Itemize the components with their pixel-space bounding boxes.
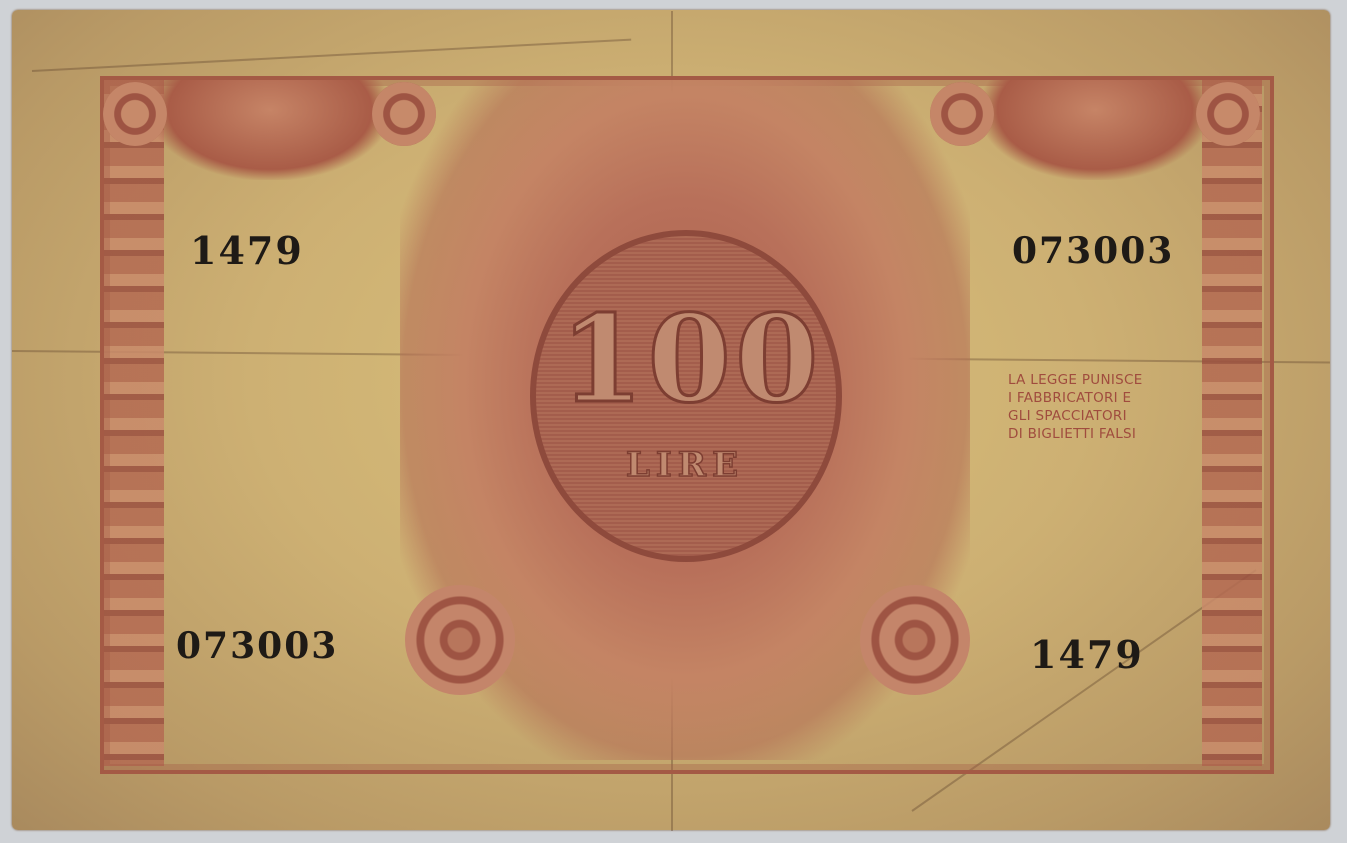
denomination-value: 100 [560, 300, 810, 420]
warning-line: I FABBRICATORI E [1008, 389, 1178, 407]
crease [32, 39, 631, 72]
warning-line: DI BIGLIETTI FALSI [1008, 425, 1178, 443]
serial-number-top-right: 073003 [1012, 230, 1174, 272]
rosette-top-right [1196, 82, 1260, 146]
warning-line: LA LEGGE PUNISCE [1008, 371, 1178, 389]
serial-number-bottom-left: 073003 [176, 625, 338, 667]
flower-left [405, 585, 515, 695]
counterfeit-warning: LA LEGGE PUNISCE I FABBRICATORI E GLI SP… [1008, 371, 1178, 443]
series-number-bottom-right: 1479 [1030, 632, 1144, 677]
rosette-top-left [103, 82, 167, 146]
flower-right [860, 585, 970, 695]
currency-label: LIRE [560, 445, 810, 485]
series-number-top-left: 1479 [190, 228, 304, 273]
garland-right [980, 80, 1210, 180]
warning-line: GLI SPACCIATORI [1008, 407, 1178, 425]
garland-left [150, 80, 390, 180]
